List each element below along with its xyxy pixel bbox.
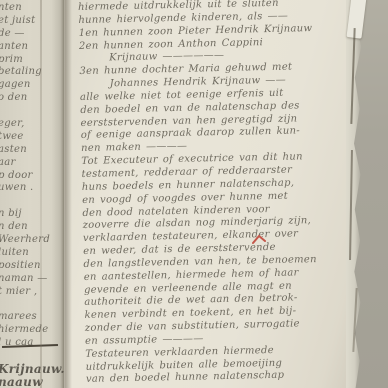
cut-text-fragment: t mier , [0, 286, 58, 299]
cut-text-fragment: naman — [0, 273, 58, 286]
signature-fragment: naauw [0, 376, 58, 388]
cut-text-fragment: Weerherd [0, 234, 58, 247]
cut-text-fragment: hiermede [0, 324, 58, 337]
cut-text-fragment: betaling [0, 66, 58, 79]
cut-text-fragment: eger, [0, 118, 58, 131]
red-insertion-mark-icon [252, 234, 268, 245]
cut-text-fragment [0, 298, 58, 311]
cut-text-fragment: luiten [0, 247, 58, 260]
cut-text-fragment: p door [0, 170, 58, 183]
cut-text-fragment: n den [0, 221, 58, 234]
cut-text-fragment: et juist [0, 15, 58, 28]
cut-text-fragment [0, 195, 58, 208]
cut-text-fragment: n bij [0, 208, 58, 221]
cut-text-fragment: uwen . [0, 182, 58, 195]
cut-text-fragment: twee [0, 131, 58, 144]
cut-text-fragment [0, 350, 58, 363]
photo-of-manuscript: nten et juist de — anten prim betaling g… [0, 0, 388, 388]
cut-text-fragment: anten [0, 41, 58, 54]
cut-text-fragment: o den [0, 92, 58, 105]
cut-text-fragment [0, 105, 58, 118]
cut-text-fragment: marees [0, 311, 58, 324]
cut-text-fragment: nten [0, 2, 58, 15]
cut-text-fragment: aar [0, 157, 58, 170]
handwritten-text-block: hiermede uitdrukkelijk uit te sluiten hu… [78, 0, 358, 387]
cut-text-fragment: prim [0, 54, 58, 67]
page-fold-line [40, 0, 42, 388]
page-gutter-shadow [60, 0, 72, 388]
cut-text-fragment: gagen [0, 79, 58, 92]
previous-page-edge: nten et juist de — anten prim betaling g… [0, 0, 66, 388]
cut-text-fragment: positien [0, 260, 58, 273]
cut-text-fragment: de — [0, 28, 58, 41]
cut-text-fragment: asten [0, 144, 58, 157]
cut-text-column: nten et juist de — anten prim betaling g… [0, 2, 58, 388]
signature-fragment: Krijnauw. [0, 363, 58, 376]
